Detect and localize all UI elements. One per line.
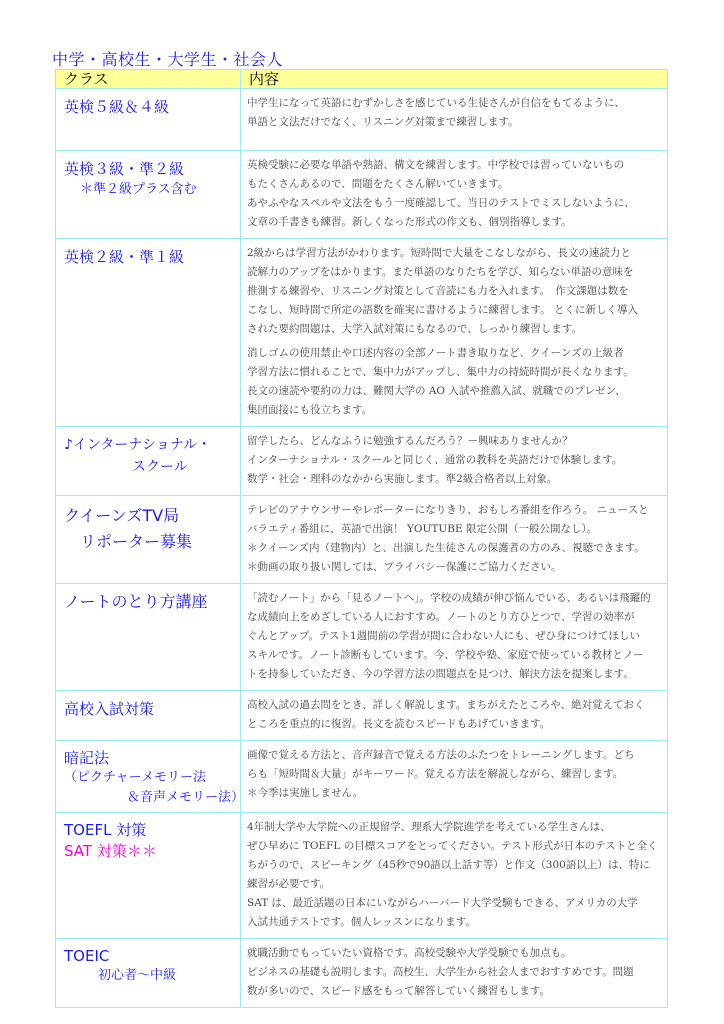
desc-line: 中学生になって英語にむずかしさを感じている生徒さんが自信をもてるように、 [247,94,661,113]
class-name: TOEIC 初心者〜中級 [56,939,241,1008]
table-row: ノートのとり方講座 「読むノート」から「見るノートへ」。学校の成績が伸び悩んでい… [56,584,668,691]
class-description: 英検受験に必要な単語や熟語、構文を練習します。中学校では習っていないもの もたく… [241,151,668,239]
class-name: 英検５級＆４級 [56,89,241,151]
table-header-row: クラス 内容 [56,70,668,89]
desc-line: トを持参していただき、今の学習方法の問題点を見つけ、解決方法を提案します。 [247,665,661,684]
class-title: 英検３級・準２級 [64,158,236,180]
desc-paragraph: 「読むノート」から「見るノートへ」。学校の成績が伸び悩んでいる、あるいは飛躍的 … [247,589,661,684]
desc-line: スキルです。ノート診断もしています。今、学校や塾、家庭で使っている教材とノー [247,646,661,665]
class-subtitle: リポーター募集 [64,529,236,555]
class-name: 暗記法 （ピクチャーメモリー法 ＆音声メモリー法） [56,741,241,813]
table-row: クイーンズTV局 リポーター募集 テレビのアナウンサーやレポーターになりきり、お… [56,496,668,584]
table-row: TOEFL 対策 SAT 対策＊＊ 4年制大学や大学院への正規留学、理系大学院進… [56,813,668,939]
desc-line: 練習が必要です。 [247,875,661,894]
class-subtitle: （ピクチャーメモリー法 [64,768,236,788]
desc-paragraph: 4年制大学や大学院への正規留学、理系大学院進学を考えている学生さんは、 ぜひ早め… [247,818,661,932]
class-title: TOEIC [64,946,236,966]
desc-line: 単語と文法だけでなく、リスニング対策まで練習します。 [247,113,661,132]
desc-line: 画像で覚える方法と、音声録音で覚える方法のふたつをトレーニングします。どち [247,746,661,765]
desc-paragraph: 就職活動でもっていたい資格です。高校受験や大学受験でも加点も。 ビジネスの基礎も… [247,944,661,1001]
table-row: TOEIC 初心者〜中級 就職活動でもっていたい資格です。高校受験や大学受験でも… [56,939,668,1008]
desc-line: ぜひ早めに TOEFL の目標スコアをとってください。テスト形式が日本のテストと… [247,837,661,856]
class-description: テレビのアナウンサーやレポーターになりきり、おもしろ番組を作ろう。 ニュースと … [241,496,668,584]
class-description: 高校入試の過去問をとき、詳しく解説します。まちがえたところや、絶対覚えておく と… [241,691,668,741]
class-title: 英検２級・準１級 [64,246,236,268]
header-class: クラス [56,70,241,89]
desc-line: ＊クイーンズ内（建物内）と、出演した生徒さんの保護者の方のみ、視聴できます。 [247,539,661,558]
desc-line: らも「短時間＆大量」がキーワード。覚える方法を解説しながら、練習します。 [247,765,661,784]
desc-paragraph: 消しゴムの使用禁止や口述内容の全部ノート書き取りなど、クイーンズの上級者 学習方… [247,344,661,420]
class-description: 2級からは学習方法がかわります。短時間で大量をこなしながら、長文の速読力と 読解… [241,239,668,427]
table-row: 英検３級・準２級 ＊準２級プラス含む 英検受験に必要な単語や熟語、構文を練習しま… [56,151,668,239]
class-title: ♪インターナショナル・ [64,434,236,456]
class-description: 就職活動でもっていたい資格です。高校受験や大学受験でも加点も。 ビジネスの基礎も… [241,939,668,1008]
class-name: 高校入試対策 [56,691,241,741]
desc-line: ところを重点的に復習。長文を読むスピードもあげていきます。 [247,715,661,734]
table-row: 暗記法 （ピクチャーメモリー法 ＆音声メモリー法） 画像で覚える方法と、音声録音… [56,741,668,813]
class-title: ノートのとり方講座 [64,591,236,613]
desc-line: された要約問題は、大学入試対策にもなるので、しっかり練習します。 [247,320,661,339]
page-title: 中学・高校生・大学生・社会人 [52,47,283,70]
desc-line: ＊動画の取り扱い関しては、プライバシー保護にご協力ください。 [247,558,661,577]
class-description: 画像で覚える方法と、音声録音で覚える方法のふたつをトレーニングします。どち らも… [241,741,668,813]
desc-line: バラエティ番組に、英語で出演！ YOUTUBE 限定公開（一般公開なし）。 [247,520,661,539]
table-row: 高校入試対策 高校入試の過去問をとき、詳しく解説します。まちがえたところや、絶対… [56,691,668,741]
table-row: 英検２級・準１級 2級からは学習方法がかわります。短時間で大量をこなしながら、長… [56,239,668,427]
desc-line: 推測する練習や、リスニング対策として音読にも力を入れます。 作文課題は数を [247,282,661,301]
class-description: 中学生になって英語にむずかしさを感じている生徒さんが自信をもてるように、 単語と… [241,89,668,151]
class-name: TOEFL 対策 SAT 対策＊＊ [56,813,241,939]
desc-line: 集団面接にも役立ちます。 [247,401,661,420]
class-name: ノートのとり方講座 [56,584,241,691]
desc-line: な成績向上をめざしている人におすすめ。ノートのとり方ひとつで、学習の効率が [247,608,661,627]
desc-line: 「読むノート」から「見るノートへ」。学校の成績が伸び悩んでいる、あるいは飛躍的 [247,589,661,608]
desc-line: ぐんとアップ。テスト1週間前の学習が間に合わない人にも、ぜひ身につけてほしい [247,627,661,646]
desc-line: 英検受験に必要な単語や熟語、構文を練習します。中学校では習っていないもの [247,156,661,175]
desc-line: 文章の手書きも練習。新しくなった形式の作文も、個別指導します。 [247,213,661,232]
desc-line: 長文の速読や要約の力は、難関大学の AO 入試や推薦入試、就職でのプレゼン、 [247,382,661,401]
desc-line: こなし、短時間で所定の語数を確実に書けるように練習します。 とくに新しく導入 [247,301,661,320]
class-name: ♪インターナショナル・ スクール [56,427,241,496]
class-name: 英検３級・準２級 ＊準２級プラス含む [56,151,241,239]
desc-line: 数が多いので、スピード感をもって解答していく練習もします。 [247,982,661,1001]
desc-paragraph: 2級からは学習方法がかわります。短時間で大量をこなしながら、長文の速読力と 読解… [247,244,661,339]
class-subtitle: 初心者〜中級 [64,966,236,986]
desc-paragraph: 英検受験に必要な単語や熟語、構文を練習します。中学校では習っていないもの もたく… [247,156,661,232]
class-name: 英検２級・準１級 [56,239,241,427]
table-row: 英検５級＆４級 中学生になって英語にむずかしさを感じている生徒さんが自信をもてる… [56,89,668,151]
desc-line: 数学・社会・理科のなかから実施します。準2級合格者以上対象。 [247,470,661,489]
desc-line: 学習方法に慣れることで、集中力がアップし、集中力の持続時間が長くなります。 [247,363,661,382]
class-subtitle: ＊準２級プラス含む [64,180,236,200]
desc-paragraph: 画像で覚える方法と、音声録音で覚える方法のふたつをトレーニングします。どち らも… [247,746,661,803]
class-title-sat: SAT 対策＊＊ [64,841,236,862]
class-subtitle: ＆音声メモリー法） [64,788,236,808]
class-title: 高校入試対策 [64,698,236,720]
class-title: クイーンズTV局 [64,503,236,529]
desc-line: ＊今季は実施しません。 [247,784,661,803]
class-table: クラス 内容 英検５級＆４級 中学生になって英語にむずかしさを感じている生徒さん… [55,69,668,1008]
desc-line: もたくさんあるので、問題をたくさん解いていきます。 [247,175,661,194]
class-title-cont: スクール [64,456,236,478]
desc-paragraph: 中学生になって英語にむずかしさを感じている生徒さんが自信をもてるように、 単語と… [247,94,661,132]
desc-line: 消しゴムの使用禁止や口述内容の全部ノート書き取りなど、クイーンズの上級者 [247,344,661,363]
desc-line: ちがうので、スピーキング（45秒で90語以上話す等）と作文（300語以上）は、特… [247,856,661,875]
desc-line: 就職活動でもっていたい資格です。高校受験や大学受験でも加点も。 [247,944,661,963]
class-title: 英検５級＆４級 [64,96,236,118]
desc-paragraph: 高校入試の過去問をとき、詳しく解説します。まちがえたところや、絶対覚えておく と… [247,696,661,734]
desc-line: 4年制大学や大学院への正規留学、理系大学院進学を考えている学生さんは、 [247,818,661,837]
class-description: 4年制大学や大学院への正規留学、理系大学院進学を考えている学生さんは、 ぜひ早め… [241,813,668,939]
desc-line: 入試共通テストです。個人レッスンになります。 [247,913,661,932]
table-row: ♪インターナショナル・ スクール 留学したら、どんなふうに勉強するんだろう？ー興… [56,427,668,496]
desc-line: ビジネスの基礎も説明します。高校生、大学生から社会人までおすすめです。問題 [247,963,661,982]
desc-line: 読解力のアップをはかります。また単語のなりたちを学び、知らない単語の意味を [247,263,661,282]
class-description: 留学したら、どんなふうに勉強するんだろう？ー興味ありませんか？ インターナショナ… [241,427,668,496]
class-name: クイーンズTV局 リポーター募集 [56,496,241,584]
desc-paragraph: 留学したら、どんなふうに勉強するんだろう？ー興味ありませんか？ インターナショナ… [247,432,661,489]
desc-line: インターナショナル・スクールと同じく、通常の教科を英語だけで体験します。 [247,451,661,470]
class-description: 「読むノート」から「見るノートへ」。学校の成績が伸び悩んでいる、あるいは飛躍的 … [241,584,668,691]
desc-line: 留学したら、どんなふうに勉強するんだろう？ー興味ありませんか？ [247,432,661,451]
desc-line: SAT は、最近話題の日本にいながらハーバード大学受験もできる、アメリカの大学 [247,894,661,913]
header-content: 内容 [241,70,668,89]
class-title: 暗記法 [64,748,236,768]
desc-line: あやふやなスペルや文法をもう一度確認して、当日のテストでミスしないように、 [247,194,661,213]
desc-paragraph: テレビのアナウンサーやレポーターになりきり、おもしろ番組を作ろう。 ニュースと … [247,501,661,577]
desc-line: 高校入試の過去問をとき、詳しく解説します。まちがえたところや、絶対覚えておく [247,696,661,715]
class-title: TOEFL 対策 [64,820,236,841]
desc-line: 2級からは学習方法がかわります。短時間で大量をこなしながら、長文の速読力と [247,244,661,263]
desc-line: テレビのアナウンサーやレポーターになりきり、おもしろ番組を作ろう。 ニュースと [247,501,661,520]
